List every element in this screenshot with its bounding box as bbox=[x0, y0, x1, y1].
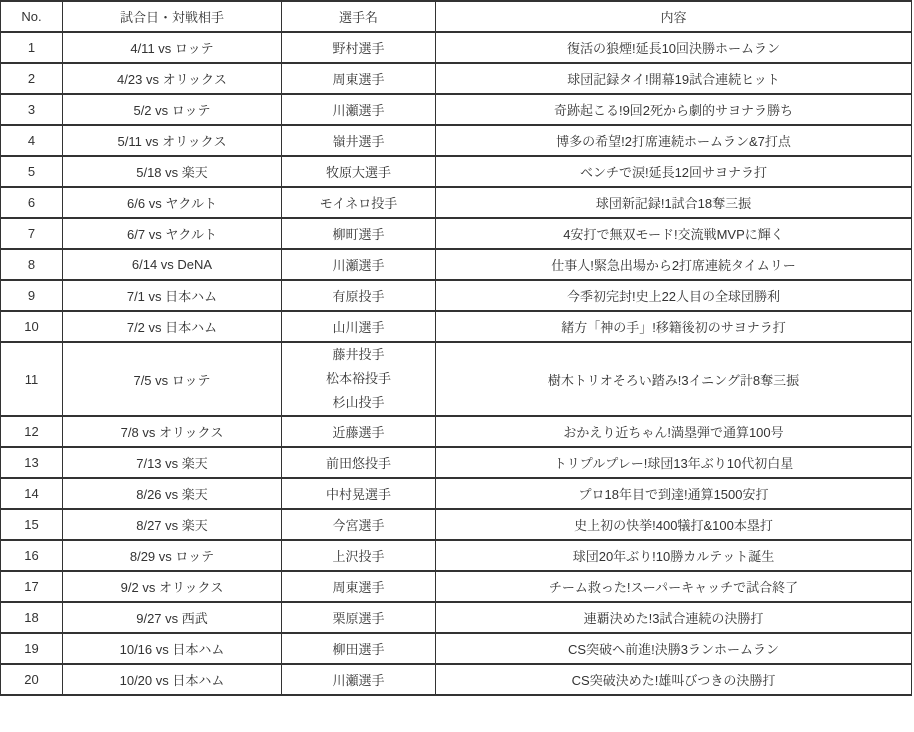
cell-player: 前田悠投手 bbox=[282, 447, 436, 478]
table-row: 24/23 vs オリックス周東選手球団記録タイ!開幕19試合連続ヒット bbox=[1, 63, 912, 94]
cell-player: 柳町選手 bbox=[282, 218, 436, 249]
table-row: 127/8 vs オリックス近藤選手おかえり近ちゃん!満塁弾で通算100号 bbox=[1, 416, 912, 447]
cell-no: 10 bbox=[1, 311, 63, 342]
cell-content: プロ18年目で到達!通算1500安打 bbox=[436, 478, 912, 509]
cell-content: 連覇決めた!3試合連続の決勝打 bbox=[436, 602, 912, 633]
table-row: 1910/16 vs 日本ハム柳田選手CS突破へ前進!決勝3ランホームラン bbox=[1, 633, 912, 664]
cell-date: 9/2 vs オリックス bbox=[63, 571, 282, 602]
cell-date: 6/7 vs ヤクルト bbox=[63, 218, 282, 249]
table-row: 137/13 vs 楽天前田悠投手トリプルプレー!球団13年ぶり10代初白星 bbox=[1, 447, 912, 478]
table-row: 66/6 vs ヤクルトモイネロ投手球団新記録!1試合18奪三振 bbox=[1, 187, 912, 218]
cell-content: 4安打で無双モード!交流戦MVPに輝く bbox=[436, 218, 912, 249]
cell-player: 嶺井選手 bbox=[282, 125, 436, 156]
cell-date: 8/26 vs 楽天 bbox=[63, 478, 282, 509]
cell-player: 今宮選手 bbox=[282, 509, 436, 540]
cell-player: 有原投手 bbox=[282, 280, 436, 311]
cell-player: 柳田選手 bbox=[282, 633, 436, 664]
cell-no: 16 bbox=[1, 540, 63, 571]
cell-no: 3 bbox=[1, 94, 63, 125]
cell-no: 18 bbox=[1, 602, 63, 633]
cell-date: 5/11 vs オリックス bbox=[63, 125, 282, 156]
cell-no: 14 bbox=[1, 478, 63, 509]
cell-content: 博多の希望!2打席連続ホームラン&7打点 bbox=[436, 125, 912, 156]
table-row: 86/14 vs DeNA川瀬選手仕事人!緊急出場から2打席連続タイムリー bbox=[1, 249, 912, 280]
cell-content: CS突破へ前進!決勝3ランホームラン bbox=[436, 633, 912, 664]
cell-no: 1 bbox=[1, 32, 63, 63]
cell-date: 8/27 vs 楽天 bbox=[63, 509, 282, 540]
cell-no: 15 bbox=[1, 509, 63, 540]
cell-content: 球団20年ぶり!10勝カルテット誕生 bbox=[436, 540, 912, 571]
table-row: 55/18 vs 楽天牧原大選手ベンチで涙!延長12回サヨナラ打 bbox=[1, 156, 912, 187]
cell-no: 11 bbox=[1, 342, 63, 416]
cell-player: 周東選手 bbox=[282, 63, 436, 94]
cell-content: 緒方「神の手」!移籍後初のサヨナラ打 bbox=[436, 311, 912, 342]
cell-content: 仕事人!緊急出場から2打席連続タイムリー bbox=[436, 249, 912, 280]
table-row: 45/11 vs オリックス嶺井選手博多の希望!2打席連続ホームラン&7打点 bbox=[1, 125, 912, 156]
cell-player: 山川選手 bbox=[282, 311, 436, 342]
table-row: 158/27 vs 楽天今宮選手史上初の快挙!400犠打&100本塁打 bbox=[1, 509, 912, 540]
table-header: No. 試合日・対戦相手 選手名 内容 bbox=[1, 1, 912, 32]
table-row: 14/11 vs ロッテ野村選手復活の狼煙!延長10回決勝ホームラン bbox=[1, 32, 912, 63]
column-header-content: 内容 bbox=[436, 1, 912, 32]
season-highlights-table: No. 試合日・対戦相手 選手名 内容 14/11 vs ロッテ野村選手復活の狼… bbox=[0, 0, 912, 696]
cell-no: 8 bbox=[1, 249, 63, 280]
cell-date: 6/6 vs ヤクルト bbox=[63, 187, 282, 218]
cell-no: 2 bbox=[1, 63, 63, 94]
cell-date: 5/2 vs ロッテ bbox=[63, 94, 282, 125]
cell-date: 9/27 vs 西武 bbox=[63, 602, 282, 633]
table-row: 117/5 vs ロッテ藤井投手松本裕投手杉山投手樹木トリオそろい踏み!3イニン… bbox=[1, 342, 912, 416]
header-row: No. 試合日・対戦相手 選手名 内容 bbox=[1, 1, 912, 32]
cell-no: 20 bbox=[1, 664, 63, 695]
table-row: 35/2 vs ロッテ川瀬選手奇跡起こる!9回2死から劇的サヨナラ勝ち bbox=[1, 94, 912, 125]
cell-date: 10/16 vs 日本ハム bbox=[63, 633, 282, 664]
table-body: 14/11 vs ロッテ野村選手復活の狼煙!延長10回決勝ホームラン24/23 … bbox=[1, 32, 912, 695]
page: No. 試合日・対戦相手 選手名 内容 14/11 vs ロッテ野村選手復活の狼… bbox=[0, 0, 914, 732]
cell-no: 13 bbox=[1, 447, 63, 478]
cell-content: 球団新記録!1試合18奪三振 bbox=[436, 187, 912, 218]
cell-player: 川瀬選手 bbox=[282, 664, 436, 695]
cell-player: 藤井投手松本裕投手杉山投手 bbox=[282, 342, 436, 416]
player-name-line: 藤井投手 bbox=[286, 343, 431, 367]
cell-date: 7/1 vs 日本ハム bbox=[63, 280, 282, 311]
cell-no: 7 bbox=[1, 218, 63, 249]
cell-date: 6/14 vs DeNA bbox=[63, 249, 282, 280]
column-header-player: 選手名 bbox=[282, 1, 436, 32]
cell-player: 川瀬選手 bbox=[282, 94, 436, 125]
table-row: 168/29 vs ロッテ上沢投手球団20年ぶり!10勝カルテット誕生 bbox=[1, 540, 912, 571]
cell-content: 樹木トリオそろい踏み!3イニング計8奪三振 bbox=[436, 342, 912, 416]
cell-date: 5/18 vs 楽天 bbox=[63, 156, 282, 187]
cell-content: 奇跡起こる!9回2死から劇的サヨナラ勝ち bbox=[436, 94, 912, 125]
cell-player: 中村晃選手 bbox=[282, 478, 436, 509]
table-row: 76/7 vs ヤクルト柳町選手4安打で無双モード!交流戦MVPに輝く bbox=[1, 218, 912, 249]
cell-no: 4 bbox=[1, 125, 63, 156]
table-row: 189/27 vs 西武栗原選手連覇決めた!3試合連続の決勝打 bbox=[1, 602, 912, 633]
cell-player: 周東選手 bbox=[282, 571, 436, 602]
cell-date: 7/13 vs 楽天 bbox=[63, 447, 282, 478]
cell-player: 上沢投手 bbox=[282, 540, 436, 571]
cell-date: 7/2 vs 日本ハム bbox=[63, 311, 282, 342]
table-row: 2010/20 vs 日本ハム川瀬選手CS突破決めた!雄叫びつきの決勝打 bbox=[1, 664, 912, 695]
cell-player: 野村選手 bbox=[282, 32, 436, 63]
cell-no: 6 bbox=[1, 187, 63, 218]
table-row: 107/2 vs 日本ハム山川選手緒方「神の手」!移籍後初のサヨナラ打 bbox=[1, 311, 912, 342]
cell-player: 近藤選手 bbox=[282, 416, 436, 447]
cell-content: 史上初の快挙!400犠打&100本塁打 bbox=[436, 509, 912, 540]
cell-content: 復活の狼煙!延長10回決勝ホームラン bbox=[436, 32, 912, 63]
cell-no: 19 bbox=[1, 633, 63, 664]
cell-date: 7/8 vs オリックス bbox=[63, 416, 282, 447]
cell-player: 川瀬選手 bbox=[282, 249, 436, 280]
cell-player: 牧原大選手 bbox=[282, 156, 436, 187]
cell-date: 7/5 vs ロッテ bbox=[63, 342, 282, 416]
player-name-line: 杉山投手 bbox=[286, 391, 431, 415]
cell-content: 今季初完封!史上22人目の全球団勝利 bbox=[436, 280, 912, 311]
cell-date: 4/23 vs オリックス bbox=[63, 63, 282, 94]
cell-player: 栗原選手 bbox=[282, 602, 436, 633]
cell-player: モイネロ投手 bbox=[282, 187, 436, 218]
table-row: 148/26 vs 楽天中村晃選手プロ18年目で到達!通算1500安打 bbox=[1, 478, 912, 509]
cell-no: 12 bbox=[1, 416, 63, 447]
cell-content: おかえり近ちゃん!満塁弾で通算100号 bbox=[436, 416, 912, 447]
cell-date: 10/20 vs 日本ハム bbox=[63, 664, 282, 695]
cell-no: 9 bbox=[1, 280, 63, 311]
cell-no: 17 bbox=[1, 571, 63, 602]
column-header-no: No. bbox=[1, 1, 63, 32]
column-header-date: 試合日・対戦相手 bbox=[63, 1, 282, 32]
cell-content: CS突破決めた!雄叫びつきの決勝打 bbox=[436, 664, 912, 695]
cell-date: 8/29 vs ロッテ bbox=[63, 540, 282, 571]
cell-date: 4/11 vs ロッテ bbox=[63, 32, 282, 63]
cell-no: 5 bbox=[1, 156, 63, 187]
table-row: 97/1 vs 日本ハム有原投手今季初完封!史上22人目の全球団勝利 bbox=[1, 280, 912, 311]
cell-content: 球団記録タイ!開幕19試合連続ヒット bbox=[436, 63, 912, 94]
table-row: 179/2 vs オリックス周東選手チーム救った!スーパーキャッチで試合終了 bbox=[1, 571, 912, 602]
cell-content: ベンチで涙!延長12回サヨナラ打 bbox=[436, 156, 912, 187]
player-name-line: 松本裕投手 bbox=[286, 367, 431, 391]
cell-content: トリプルプレー!球団13年ぶり10代初白星 bbox=[436, 447, 912, 478]
cell-content: チーム救った!スーパーキャッチで試合終了 bbox=[436, 571, 912, 602]
